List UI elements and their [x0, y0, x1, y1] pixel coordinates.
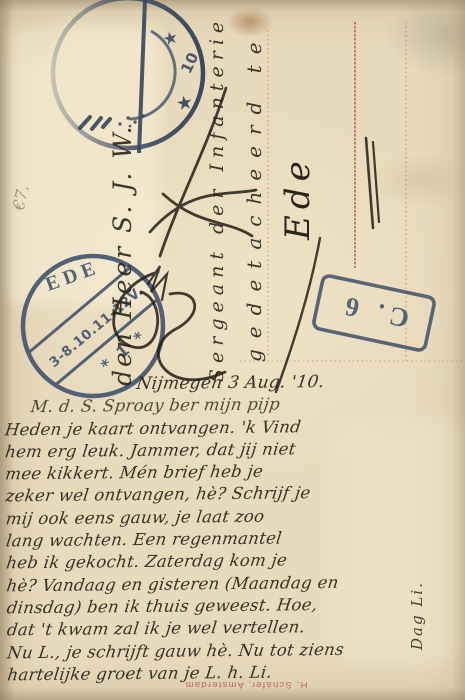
- star-icon: ★: [161, 27, 181, 50]
- cross-flourish: [150, 190, 256, 232]
- address-rank-line: Sergeant der Infanterie: [206, 16, 232, 382]
- postcard: ★ ★ 10 EDE 3-8.10.11-12V. * 1 *: [0, 0, 465, 700]
- pen-tail-stroke: [276, 238, 320, 392]
- censor-stamp-c6: C. 6: [313, 275, 436, 352]
- postmark-hour-digits: 10: [177, 50, 202, 77]
- publisher-imprint: H. Schäfer, Amsterdam: [140, 679, 352, 690]
- censor-stamp-box: [313, 275, 436, 352]
- censor-stamp-label: C. 6: [337, 290, 412, 334]
- address-town-line: Ede: [278, 155, 322, 240]
- ede-underline: [373, 142, 379, 222]
- address-name-line: den Heer S. J. W.: [108, 123, 138, 386]
- ede-underline: [366, 138, 373, 228]
- message-block: Nijmegen 3 Aug. '10. M. d. S. Sproay ber…: [4, 370, 463, 687]
- address-detached-line: gedetacheerd te: [242, 31, 268, 362]
- star-icon: ★: [174, 91, 195, 116]
